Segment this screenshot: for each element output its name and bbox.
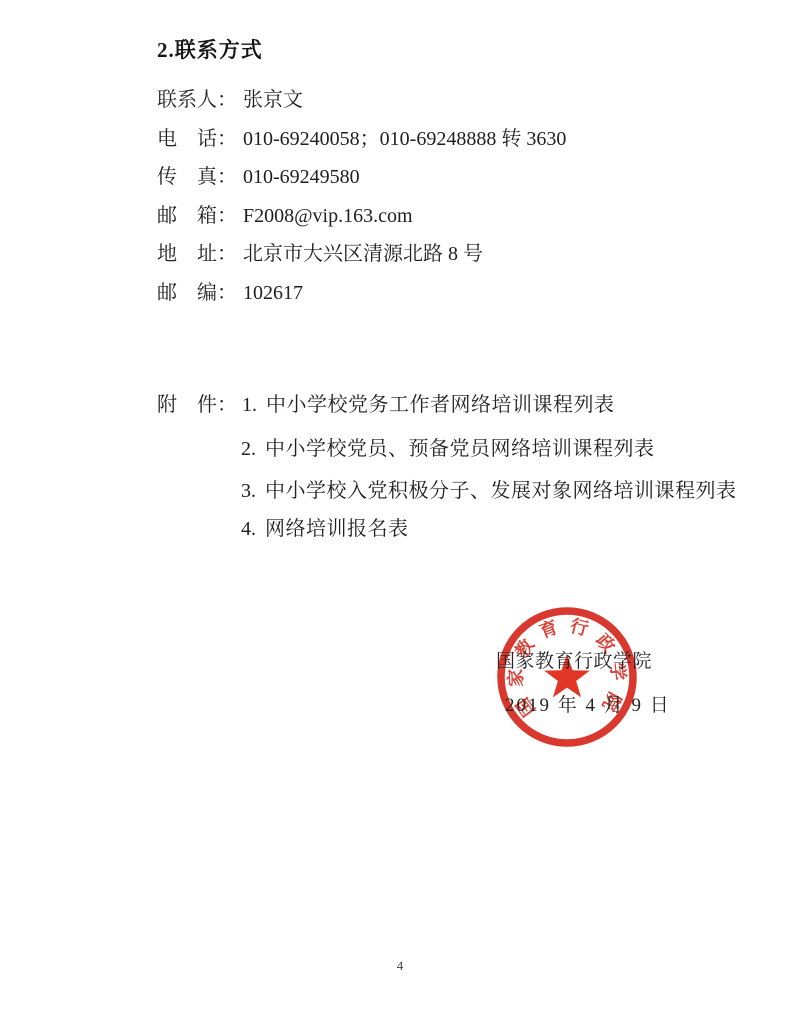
contact-value: 北京市大兴区清源北路 8 号 <box>243 237 483 266</box>
attachments-label: 附 件： <box>157 393 237 417</box>
contact-value: 010-69240058；010-69248888 转 3630 <box>243 122 566 151</box>
attachment-title: 中小学校党务工作者网络培训课程列表 <box>266 393 615 417</box>
document-page: 2.联系方式 联系人：张京文 电 话：010-69240058；010-6924… <box>0 0 800 1011</box>
contact-row-person: 联系人：张京文 <box>157 83 303 112</box>
contact-value: 102617 <box>243 282 303 305</box>
contact-row-postcode: 邮 编：102617 <box>157 276 303 305</box>
attachment-title: 中小学校党员、预备党员网络培训课程列表 <box>265 437 655 461</box>
contact-label: 电 话： <box>157 122 237 151</box>
contact-label: 联系人： <box>157 83 237 112</box>
page-number: 4 <box>0 958 800 974</box>
attachment-item-2: 2.中小学校党员、预备党员网络培训课程列表 <box>241 437 655 461</box>
contact-label: 地 址： <box>157 237 237 266</box>
contact-row-fax: 传 真：010-69249580 <box>157 160 360 189</box>
attachment-item-3: 3.中小学校入党积极分子、发展对象网络培训课程列表 <box>241 479 737 503</box>
attachment-number: 3. <box>241 479 256 503</box>
contact-row-address: 地 址：北京市大兴区清源北路 8 号 <box>157 237 483 266</box>
contact-row-phone: 电 话：010-69240058；010-69248888 转 3630 <box>157 122 566 151</box>
attachment-number: 2. <box>241 437 256 461</box>
attachment-number: 1. <box>242 393 257 417</box>
attachment-title: 网络培训报名表 <box>265 517 409 541</box>
contact-label: 邮 编： <box>157 276 237 305</box>
signature-date: 2019 年 4 月 9 日 <box>505 690 671 717</box>
attachment-title: 中小学校入党积极分子、发展对象网络培训课程列表 <box>265 479 737 503</box>
contact-value: 张京文 <box>243 83 303 112</box>
section-heading: 2.联系方式 <box>157 34 263 64</box>
attachment-item-1: 附 件：1.中小学校党务工作者网络培训课程列表 <box>157 393 615 417</box>
seal-graphic: 国 家 教 育 行 政 学 院 <box>481 592 653 764</box>
contact-value: 010-69249580 <box>243 166 360 189</box>
attachment-number: 4. <box>241 517 256 541</box>
contact-row-email: 邮 箱：F2008@vip.163.com <box>157 199 413 228</box>
contact-label: 邮 箱： <box>157 199 237 228</box>
signature-organization: 国家教育行政学院 <box>496 646 652 673</box>
seal-ring-char: 行 <box>568 615 591 640</box>
contact-value: F2008@vip.163.com <box>243 205 413 228</box>
attachment-item-4: 4.网络培训报名表 <box>241 517 409 541</box>
official-seal: 国 家 教 育 行 政 学 院 <box>481 592 653 764</box>
contact-label: 传 真： <box>157 160 237 189</box>
